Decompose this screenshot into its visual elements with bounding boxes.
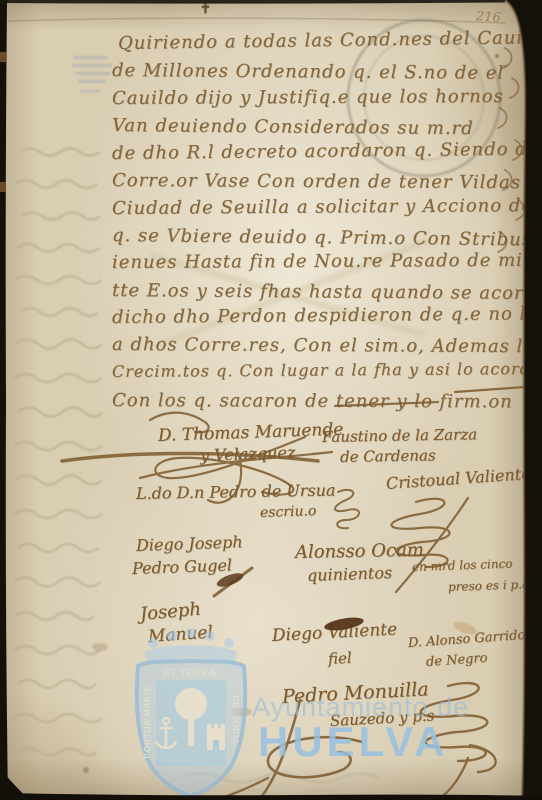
bottom-edge	[0, 793, 542, 800]
top-edge	[0, 0, 505, 4]
binding-nub	[0, 182, 6, 192]
page-fore-edge	[505, 0, 525, 800]
top-crease	[8, 18, 506, 23]
photo-edges-layer	[0, 0, 542, 800]
binding-nub	[0, 52, 6, 62]
manuscript-photo: Quiriendo a todas las Cond.nes del Cauil…	[0, 0, 542, 800]
left-edge	[0, 0, 8, 800]
